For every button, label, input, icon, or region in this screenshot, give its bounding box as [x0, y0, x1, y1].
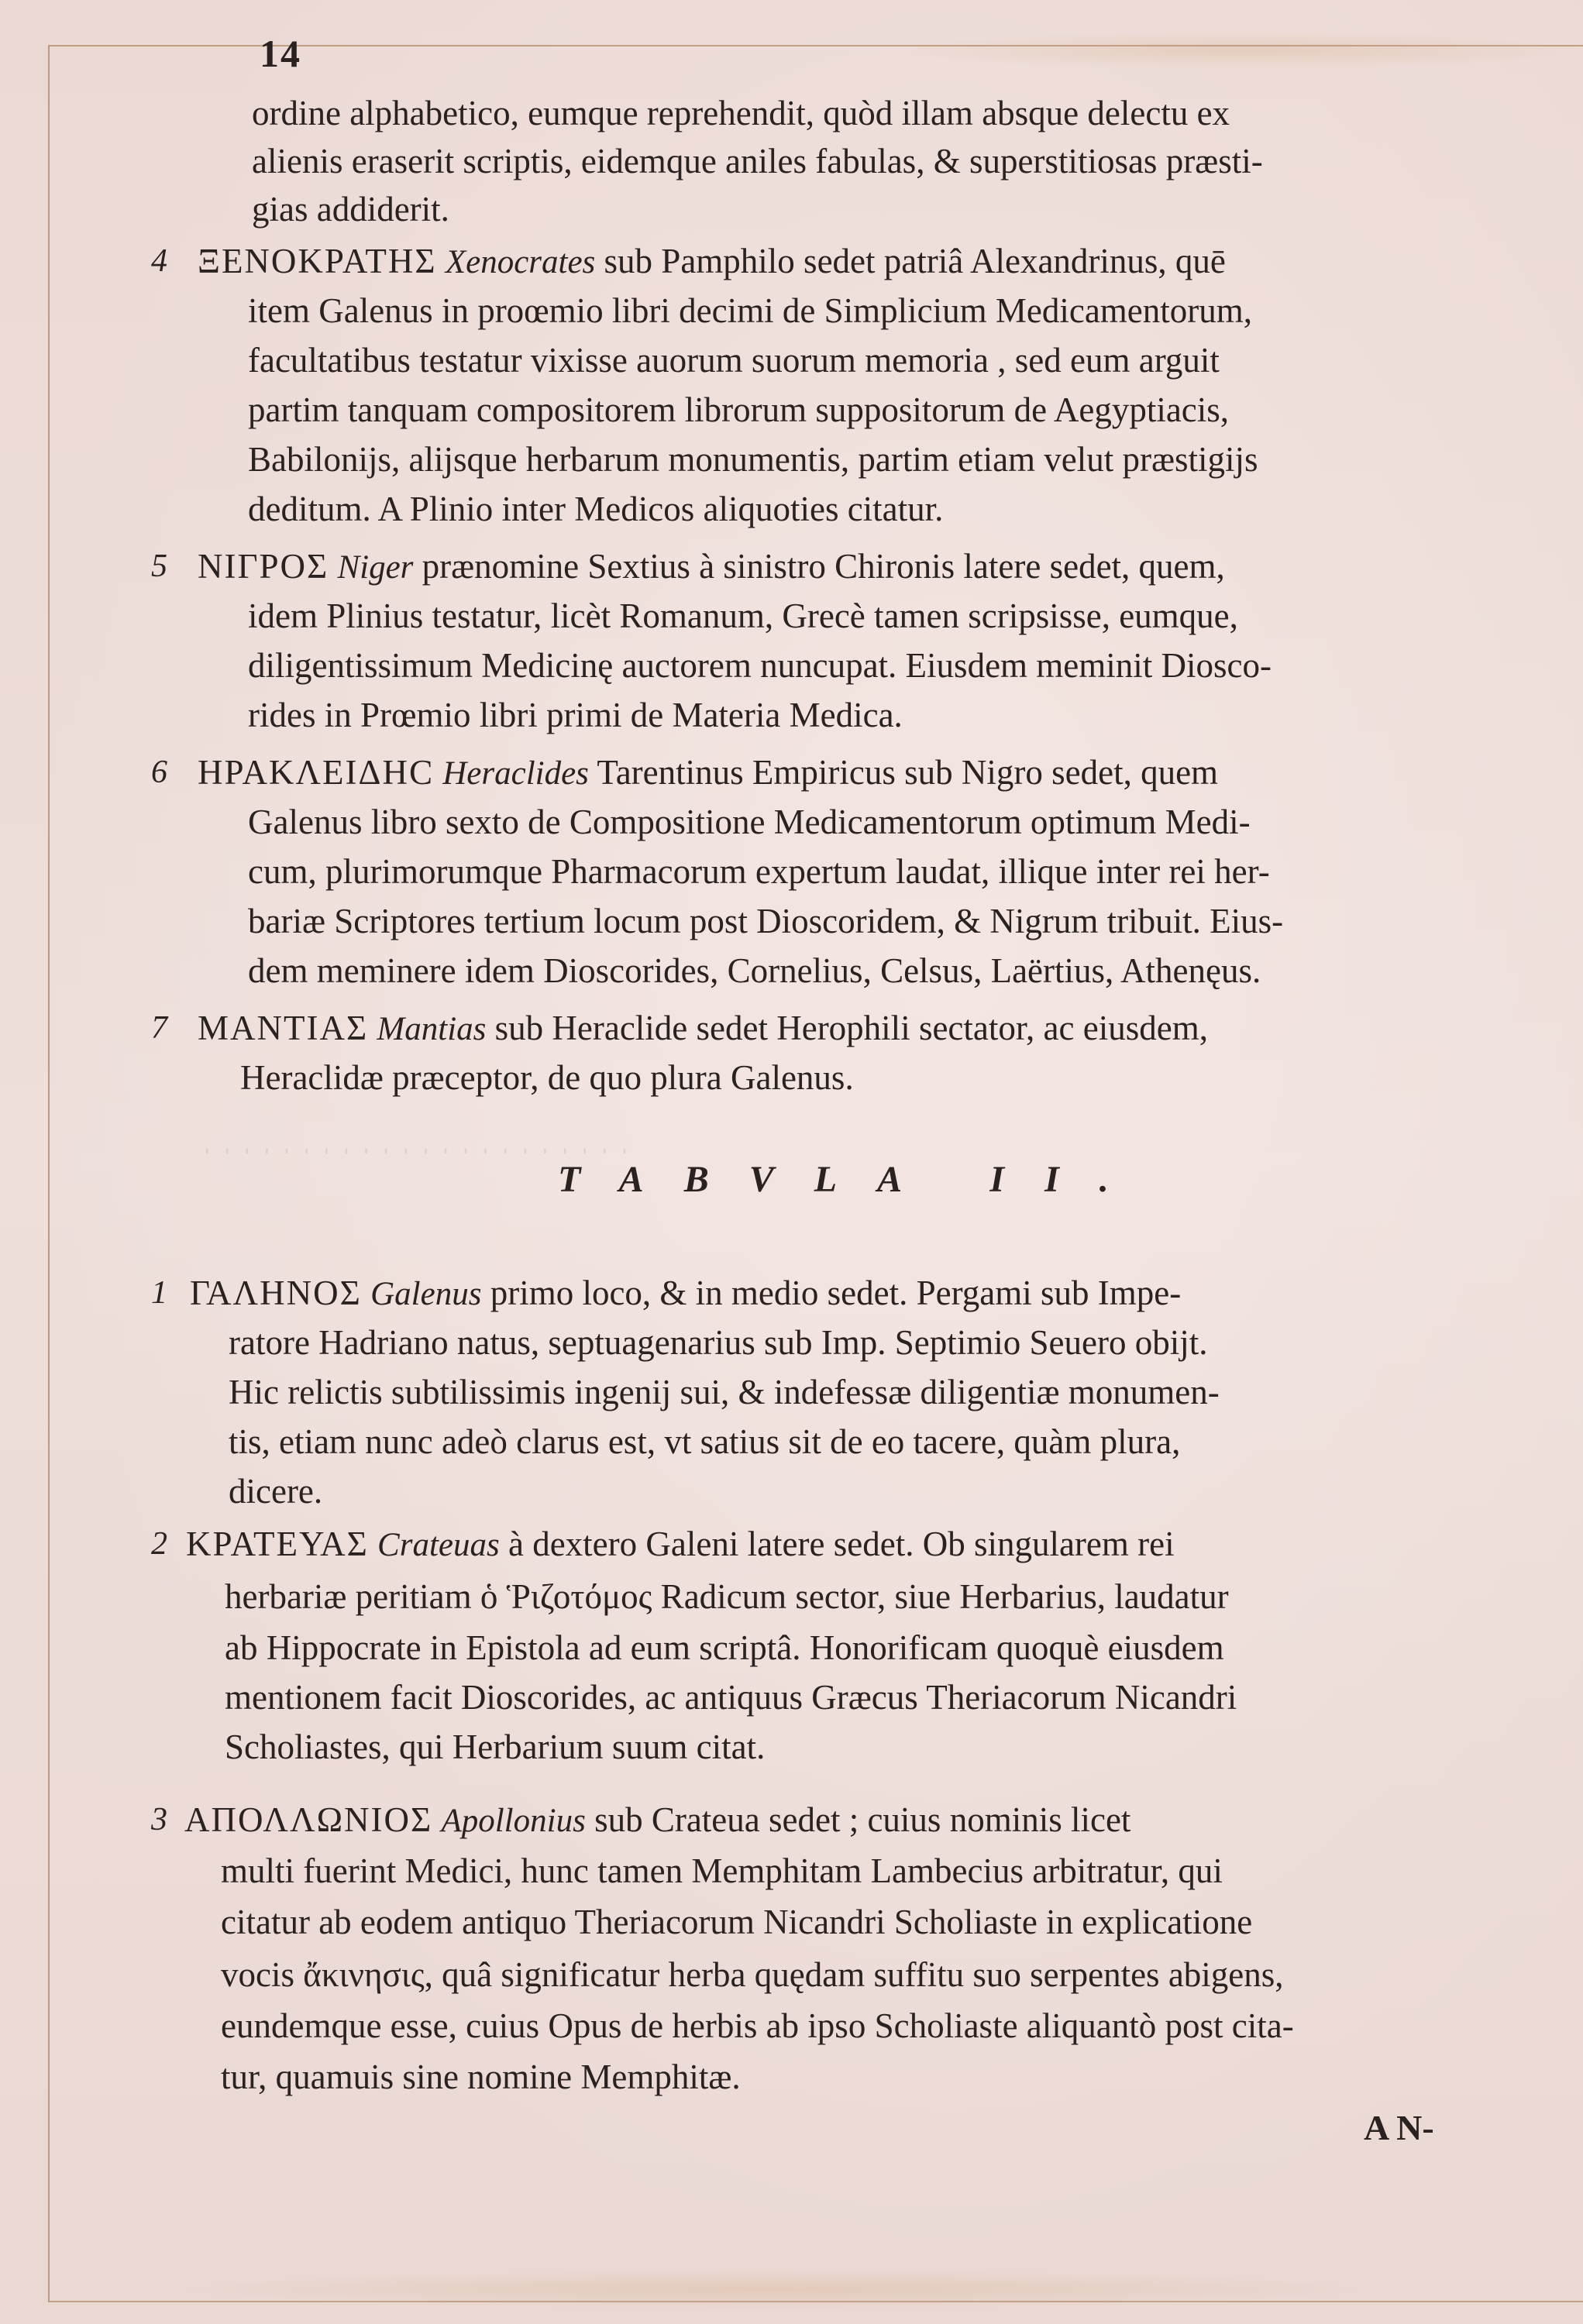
- text-line: herbariæ peritiam ὁ Ῥιζοτόμος Radicum se…: [225, 1573, 1229, 1621]
- entry-number: 1: [151, 1269, 167, 1317]
- text-line: Galenus libro sexto de Compositione Medi…: [248, 798, 1251, 846]
- text-line: tur, quamuis sine nomine Memphitæ.: [221, 2053, 741, 2101]
- text-run: sub Heraclide sedet Herophili sectator, …: [495, 1009, 1208, 1047]
- entry-first-line: ΝΙΓΡΟΣ Niger prænomine Sextius à sinistr…: [198, 542, 1225, 592]
- text-line: cum, plurimorumque Pharmacorum expertum …: [248, 847, 1270, 896]
- page-number: 14: [260, 31, 301, 76]
- greek-name: ΚΡΑΤΕΥΑΣ: [186, 1525, 369, 1563]
- text-line: vocis ἄκινησις, quâ significatur herba q…: [221, 1951, 1284, 1999]
- latin-name: Mantias: [377, 1011, 486, 1047]
- entry-first-line: ΗΡΑΚΛΕΙΔΗϹ Heraclides Tarentinus Empiric…: [198, 748, 1218, 798]
- latin-name: Crateuas: [377, 1527, 500, 1563]
- text-line: ab Hippocrate in Epistola ad eum scriptâ…: [225, 1624, 1224, 1672]
- text-line: tis, etiam nunc adeò clarus est, vt sati…: [229, 1418, 1180, 1466]
- latin-name: Galenus: [370, 1276, 481, 1312]
- greek-name: ΓΑΛΗΝΟΣ: [190, 1274, 362, 1312]
- text-line: rides in Prœmio libri primi de Materia M…: [248, 691, 903, 739]
- entry-first-line: ΓΑΛΗΝΟΣ Galenus primo loco, & in medio s…: [190, 1269, 1181, 1318]
- text-line: alienis eraserit scriptis, eidemque anil…: [252, 137, 1263, 185]
- entry-number: 4: [151, 237, 167, 285]
- catchword: A N-: [1364, 2107, 1434, 2148]
- text-run: Tarentinus Empiricus sub Nigro sedet, qu…: [597, 753, 1218, 792]
- entry-first-line: ΑΠΟΛΛΩΝΙΟΣ Apollonius sub Crateua sedet …: [184, 1796, 1130, 1845]
- text-line: Scholiastes, qui Herbarium suum citat.: [225, 1723, 765, 1771]
- text-line: gias addiderit.: [252, 185, 449, 233]
- text-line: mentionem facit Dioscorides, ac antiquus…: [225, 1673, 1237, 1721]
- text-line: ratore Hadriano natus, septuagenarius su…: [229, 1318, 1207, 1367]
- entry-number: 7: [151, 1004, 167, 1052]
- text-run: sub Pamphilo sedet patriâ Alexandrinus, …: [604, 242, 1226, 280]
- text-line: Babilonijs, alijsque herbarum monumentis…: [248, 435, 1258, 483]
- text-line: facultatibus testatur vixisse auorum suo…: [248, 336, 1220, 384]
- greek-name: ΜΑΝΤΙΑΣ: [198, 1009, 368, 1047]
- entry-number: 3: [151, 1796, 167, 1844]
- text-line: citatur ab eodem antiquo Theriacorum Nic…: [221, 1898, 1252, 1946]
- text-line: item Galenus in proœmio libri decimi de …: [248, 287, 1252, 335]
- text-line: bariæ Scriptores tertium locum post Dios…: [248, 897, 1283, 945]
- text-run: sub Crateua sedet ; cuius nominis licet: [594, 1800, 1130, 1839]
- text-run: primo loco, & in medio sedet. Pergami su…: [490, 1274, 1182, 1312]
- entry-first-line: ΞΕΝΟΚΡΑΤΗΣ Xenocrates sub Pamphilo sedet…: [198, 237, 1226, 287]
- text-line: Hic relictis subtilissimis ingenij sui, …: [229, 1368, 1220, 1416]
- greek-name: ΞΕΝΟΚΡΑΤΗΣ: [198, 242, 437, 280]
- entry-number: 6: [151, 748, 167, 796]
- text-line: ordine alphabetico, eumque reprehendit, …: [252, 89, 1230, 137]
- greek-name: ΝΙΓΡΟΣ: [198, 547, 329, 586]
- text-line: partim tanquam compositorem librorum sup…: [248, 386, 1229, 434]
- entry-first-line: ΚΡΑΤΕΥΑΣ Crateuas à dextero Galeni later…: [186, 1520, 1175, 1569]
- entry-number: 5: [151, 542, 167, 590]
- text-line: Heraclidæ præceptor, de quo plura Galenu…: [240, 1054, 854, 1102]
- latin-name: Heraclides: [442, 755, 589, 792]
- text-line: dicere.: [229, 1467, 322, 1515]
- greek-name: ΗΡΑΚΛΕΙΔΗϹ: [198, 753, 434, 792]
- latin-name: Xenocrates: [446, 244, 595, 280]
- section-heading: TABVLA II.: [558, 1158, 1149, 1201]
- entry-number: 2: [151, 1520, 167, 1568]
- greek-name: ΑΠΟΛΛΩΝΙΟΣ: [184, 1800, 432, 1839]
- text-run: prænomine Sextius à sinistro Chironis la…: [422, 547, 1225, 586]
- bleed-through-texture: ˌ ˌ ˌ ˌ ˌ ˌ ˌ ˌ ˌ ˌ ˌ ˌ ˌ ˌ ˌ ˌ ˌ ˌ ˌ ˌ …: [201, 1116, 630, 1155]
- text-line: dem meminere idem Dioscorides, Cornelius…: [248, 947, 1261, 995]
- text-run: à dextero Galeni latere sedet. Ob singul…: [508, 1525, 1175, 1563]
- text-line: idem Plinius testatur, licèt Romanum, Gr…: [248, 592, 1238, 640]
- text-line: diligentissimum Medicinę auctorem nuncup…: [248, 641, 1272, 689]
- latin-name: Niger: [337, 549, 413, 586]
- text-line: eundemque esse, cuius Opus de herbis ab …: [221, 2002, 1294, 2050]
- text-line: multi fuerint Medici, hunc tamen Memphit…: [221, 1847, 1223, 1895]
- entry-first-line: ΜΑΝΤΙΑΣ Mantias sub Heraclide sedet Hero…: [198, 1004, 1208, 1054]
- latin-name: Apollonius: [441, 1803, 585, 1839]
- text-line: deditum. A Plinio inter Medicos aliquoti…: [248, 485, 943, 533]
